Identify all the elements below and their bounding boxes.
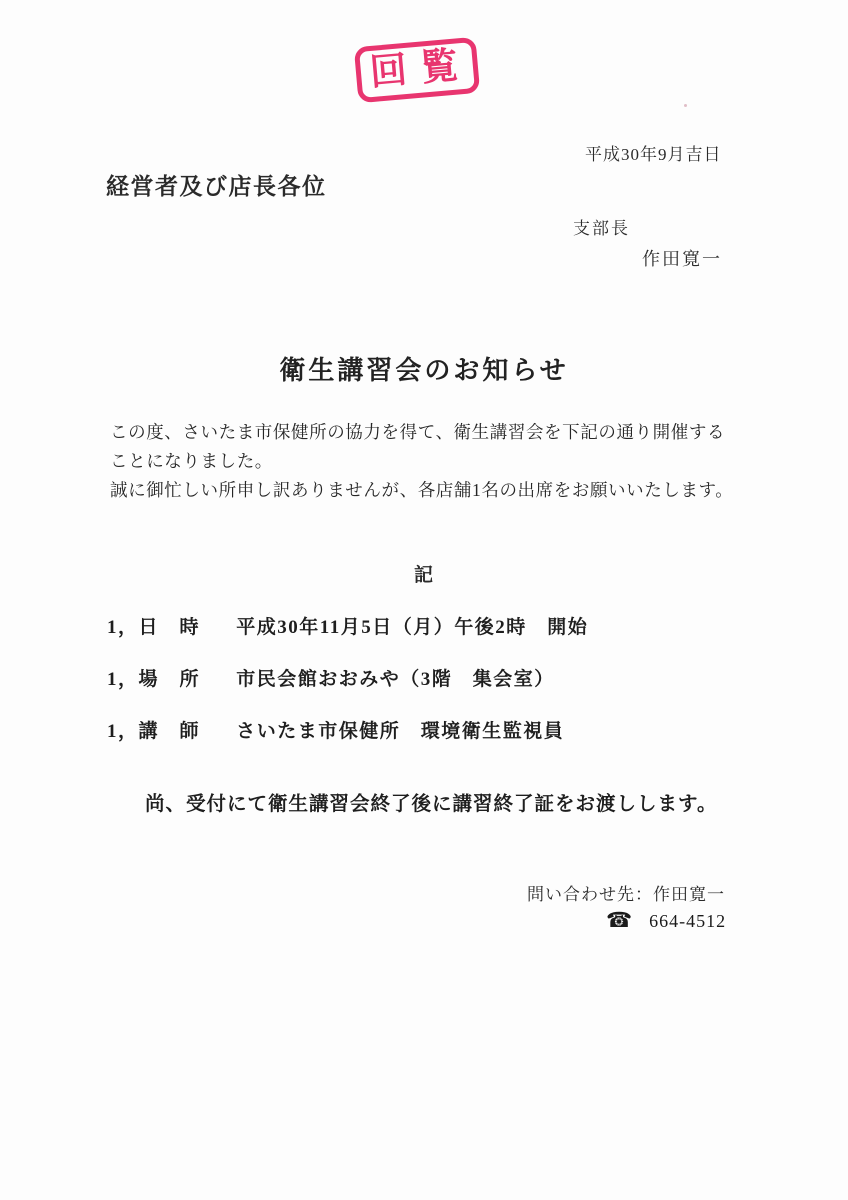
note-line: 尚、受付にて衛生講習会終了後に講習終了証をお渡しします。 — [145, 788, 717, 816]
document-date: 平成30年9月吉日 — [585, 140, 722, 165]
phone-number: 664-4512 — [649, 911, 726, 931]
item-value-lecturer: さいたま市保健所 環境衛生監視員 — [236, 721, 564, 742]
record-marker: 記 — [0, 560, 848, 587]
circulation-stamp-text: 回覧 — [368, 44, 473, 94]
body-line-3: 誠に御忙しい所申し訳ありませんが、各店舗1名の出席をお願いいたします。 — [110, 476, 733, 505]
item-value-place: 市民会館おおみや（3階 集会室） — [236, 669, 555, 690]
body-line-1: この度、さいたま市保健所の協力を得て、衛生講習会を下記の通り開催する — [110, 418, 733, 447]
item-label-place: 1，場 所 — [107, 664, 230, 691]
item-row-place: 1，場 所 市民会館おおみや（3階 集会室） — [107, 664, 555, 691]
page-title: 衛生講習会のお知らせ — [0, 350, 848, 387]
item-value-datetime: 平成30年11月5日（月）午後2時 開始 — [236, 617, 588, 638]
phone-line: ☎664-4512 — [606, 908, 726, 933]
contact-line: 問い合わせ先：作田寛一 — [527, 880, 725, 905]
telephone-icon: ☎ — [606, 908, 633, 932]
body-paragraph: この度、さいたま市保健所の協力を得て、衛生講習会を下記の通り開催する ことになり… — [110, 418, 733, 505]
sender-name: 作田寛一 — [642, 245, 722, 271]
body-line-2: ことになりました。 — [110, 447, 733, 476]
scanned-notice-page: 回覧 平成30年9月吉日 経営者及び店長各位 支部長 作田寛一 衛生講習会のお知… — [0, 0, 848, 1200]
item-label-lecturer: 1，講 師 — [107, 716, 230, 743]
scan-artifact-speck — [684, 104, 687, 107]
item-row-lecturer: 1，講 師 さいたま市保健所 環境衛生監視員 — [107, 716, 564, 743]
recipient-line: 経営者及び店長各位 — [106, 168, 327, 201]
item-label-datetime: 1，日 時 — [107, 612, 230, 639]
sender-title: 支部長 — [573, 214, 630, 239]
circulation-stamp: 回覧 — [354, 37, 480, 103]
item-row-datetime: 1，日 時 平成30年11月5日（月）午後2時 開始 — [107, 612, 588, 639]
